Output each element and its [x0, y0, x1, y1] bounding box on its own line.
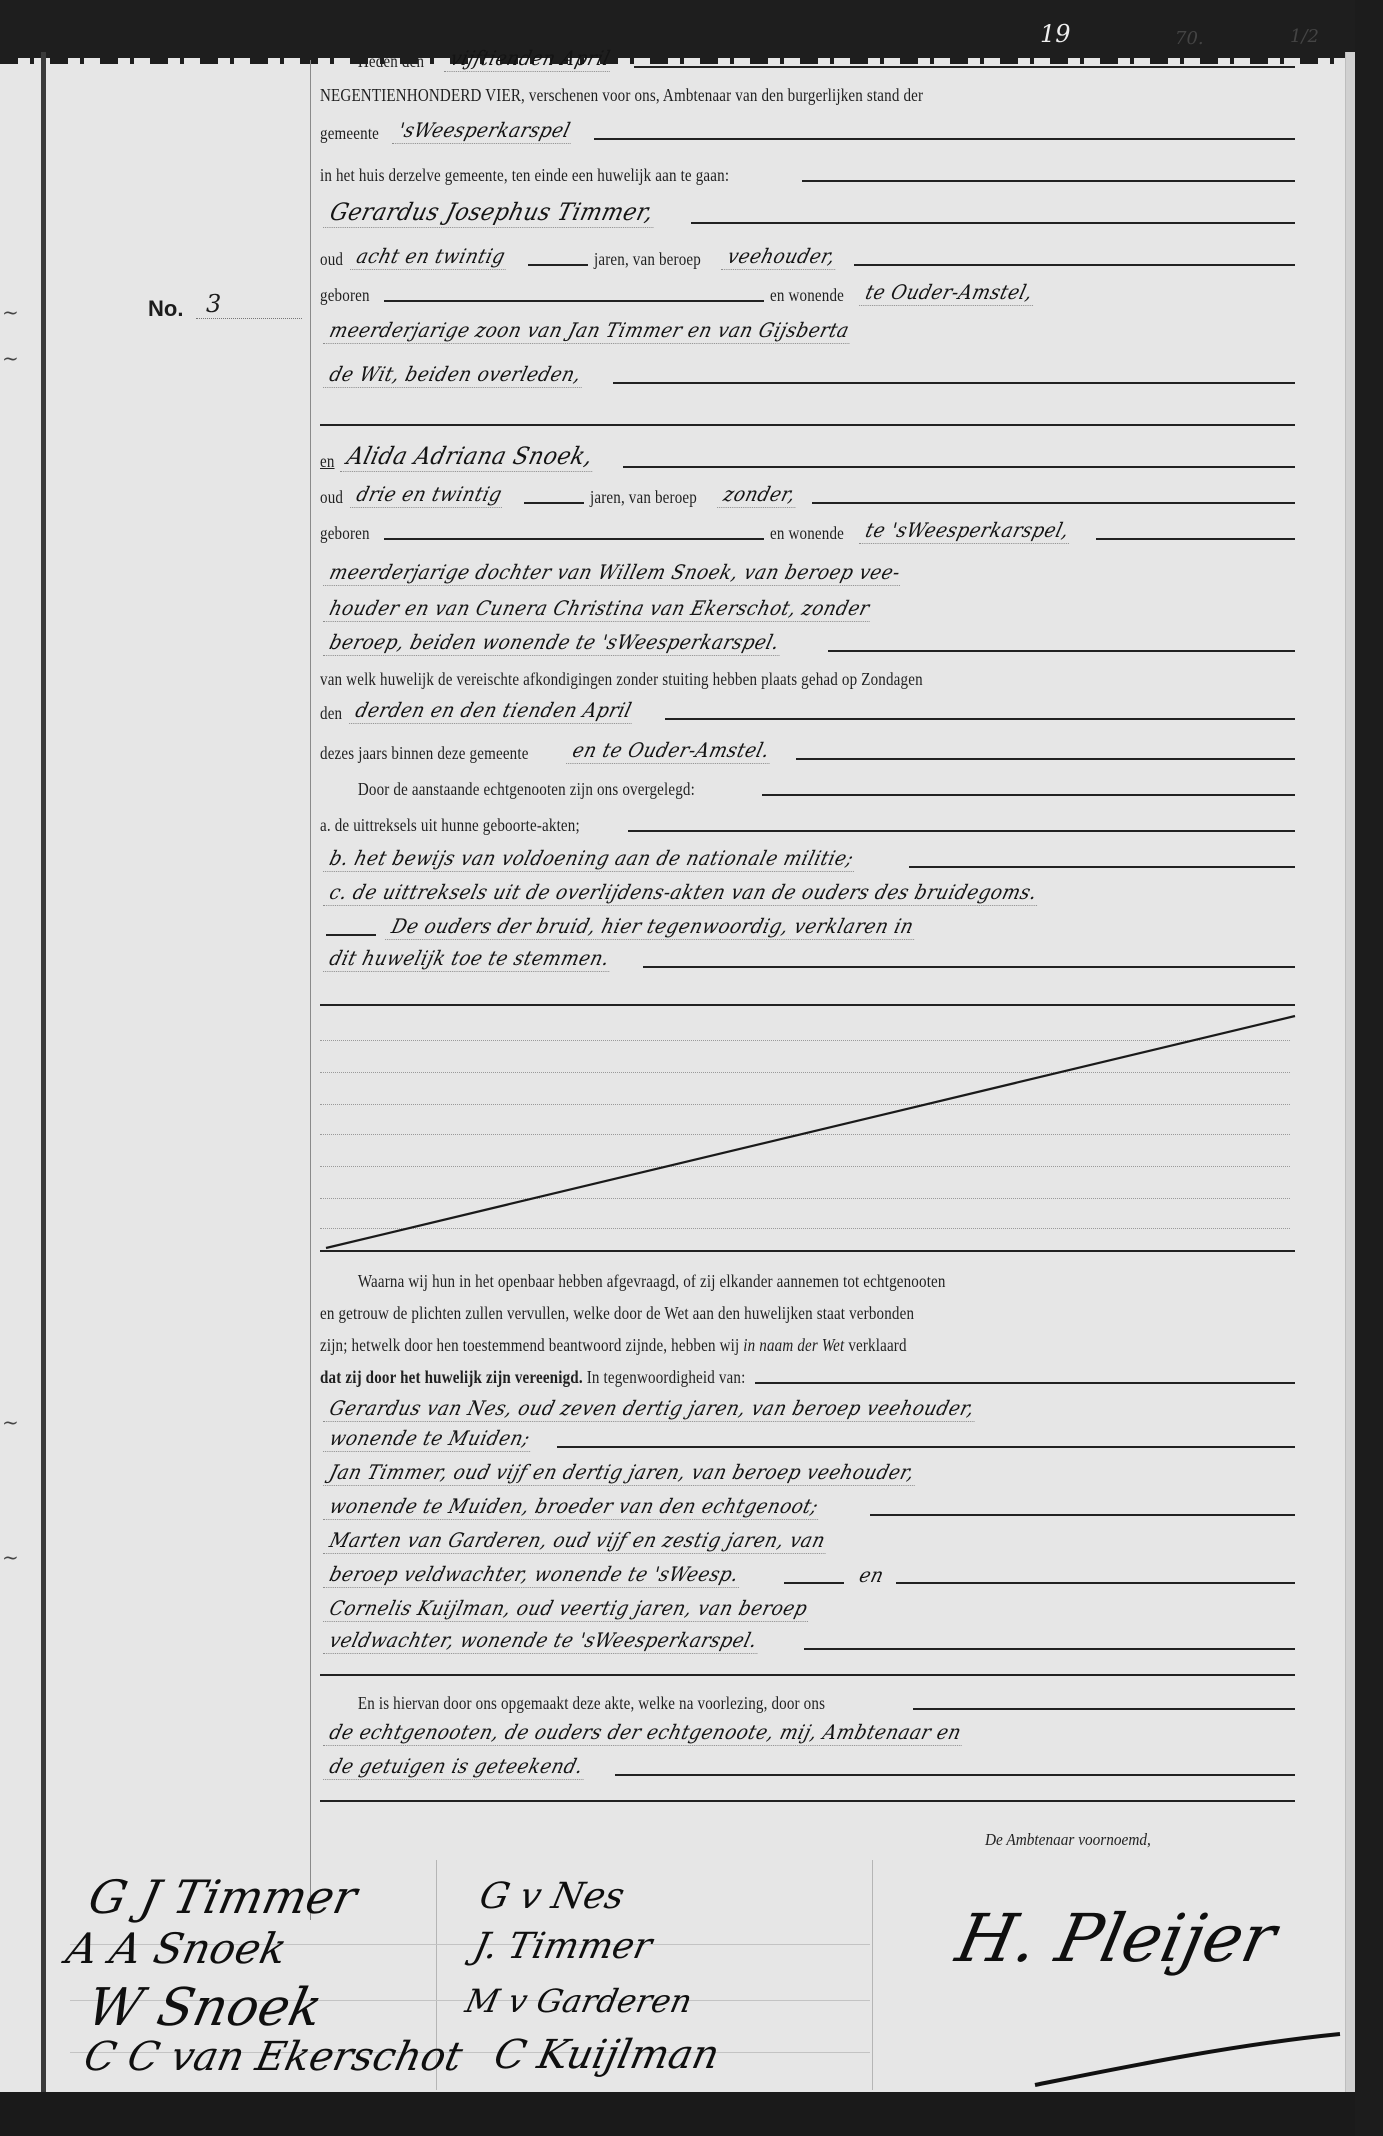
margin-mark: ~: [2, 1410, 19, 1434]
fill-line: [784, 1582, 844, 1584]
binding-margin-line: [41, 52, 46, 2092]
witness-text: Gerardus van Nes, oud zeven dertig jaren…: [323, 1396, 981, 1422]
printed-text: oud: [320, 249, 343, 270]
signature-witness-1: G v Nes: [476, 1876, 628, 1917]
handwritten-consent: dit huwelijk toe te stemmen.: [323, 946, 616, 972]
groom-parents: de Wit, beiden overleden,: [323, 362, 588, 388]
bride-residence: te 'sWeesperkarspel,: [859, 518, 1076, 544]
documents-intro-line: Door de aanstaande echtgenooten zijn ons…: [320, 770, 1295, 800]
margin-mark: ~: [2, 1545, 19, 1569]
handwritten-document: c. de uittreksels uit de overlijdens-akt…: [323, 880, 1044, 906]
section-rule: [320, 1800, 1295, 1802]
printed-text: en wonende: [770, 285, 844, 306]
italic-text: in naam der Wet: [743, 1335, 844, 1355]
fill-line: [796, 758, 1295, 760]
bride-age-line: oud drie en twintig jaren, van beroep zo…: [320, 478, 1295, 508]
fill-line: [913, 1708, 1295, 1710]
strike-through-diagonal: [320, 1008, 1300, 1252]
printed-text: En is hiervan door ons opgemaakt deze ak…: [320, 1693, 825, 1714]
witness-line: wonende te Muiden, broeder van den echtg…: [320, 1490, 1295, 1520]
declaration-line: Waarna wij hun in het openbaar hebben af…: [320, 1262, 1295, 1292]
section-rule: [320, 1250, 1295, 1252]
witness-line: Jan Timmer, oud vijf en dertig jaren, va…: [320, 1456, 1295, 1486]
margin-mark: ~: [2, 346, 19, 370]
bride-name: Alida Adriana Snoek,: [340, 442, 600, 472]
signature-flourish: [1030, 2030, 1350, 2090]
proclamation-line: van welk huwelijk de vereischte afkondig…: [320, 660, 1295, 690]
fill-line: [524, 502, 584, 504]
fill-line: [643, 966, 1295, 968]
bride-birth-line: geboren en wonende te 'sWeesperkarspel,: [320, 514, 1295, 544]
handwritten-document: b. het bewijs van voldoening aan de nati…: [323, 846, 860, 872]
blank-rule: [320, 424, 1295, 426]
fill-line: [528, 264, 588, 266]
act-number-label: No.: [148, 296, 183, 322]
printed-text: en getrouw de plichten zullen vervullen,…: [320, 1303, 914, 1324]
groom-parents-line: meerderjarige zoon van Jan Timmer en van…: [320, 314, 1295, 344]
signature-official: H. Pleijer: [950, 1900, 1283, 1977]
printed-text: geboren: [320, 285, 370, 306]
groom-age-line: oud acht en twintig jaren, van beroep ve…: [320, 240, 1295, 270]
scan-bottom-border: [0, 2092, 1383, 2136]
closing-line: En is hiervan door ons opgemaakt deze ak…: [320, 1684, 1295, 1714]
header-line-date: Heden den vijftienden April: [320, 42, 1295, 72]
fill-line: [802, 180, 1295, 182]
fill-line: [326, 934, 376, 936]
bride-parents: meerderjarige dochter van Willem Snoek, …: [323, 560, 907, 586]
proclamation-dates-line: den derden en den tienden April: [320, 694, 1295, 724]
fill-line: [804, 1648, 1295, 1650]
printed-text: jaren, van beroep: [590, 487, 697, 508]
proclamation-place-line: dezes jaars binnen deze gemeente en te O…: [320, 734, 1295, 764]
documents-e-line: dit huwelijk toe te stemmen.: [320, 942, 1295, 972]
printed-text: jaren, van beroep: [594, 249, 701, 270]
printed-text: in het huis derzelve gemeente, ten einde…: [320, 165, 729, 186]
fill-line: [812, 502, 1295, 504]
printed-text: zijn; hetwelk door hen toestemmend beant…: [320, 1335, 907, 1356]
witness-text: wonende te Muiden, broeder van den echtg…: [323, 1494, 825, 1520]
groom-name: Gerardus Josephus Timmer,: [323, 198, 660, 228]
handwritten-consent: De ouders der bruid, hier tegenwoordig, …: [385, 914, 920, 940]
signature-groom: G J Timmer: [84, 1870, 362, 1924]
bride-parents-line: houder en van Cunera Christina van Ekers…: [320, 592, 1295, 622]
groom-parents-line: de Wit, beiden overleden,: [320, 358, 1295, 388]
proclamation-dates: derden en den tienden April: [349, 698, 638, 724]
closing-line: de echtgenooten, de ouders der echtgenoo…: [320, 1716, 1295, 1746]
fill-line: [384, 300, 764, 302]
act-number-value: 3: [196, 290, 302, 319]
header-line-municipality: gemeente 'sWeesperkarspel: [320, 114, 1295, 144]
witness-text: Jan Timmer, oud vijf en dertig jaren, va…: [323, 1460, 921, 1486]
section-rule: [320, 1674, 1295, 1676]
fill-line: [665, 718, 1295, 720]
fill-line: [634, 66, 1295, 68]
bride-parents: houder en van Cunera Christina van Ekers…: [323, 596, 876, 622]
printed-text: In tegenwoordigheid van:: [587, 1367, 746, 1387]
witness-line: Marten van Garderen, oud vijf en zestig …: [320, 1524, 1295, 1554]
witness-text: Marten van Garderen, oud vijf en zestig …: [323, 1528, 832, 1554]
fill-line: [628, 830, 1295, 832]
fill-line: [557, 1446, 1295, 1448]
fill-line: [691, 222, 1295, 224]
declaration-line: zijn; hetwelk door hen toestemmend beant…: [320, 1326, 1295, 1356]
witness-connector: en: [853, 1563, 890, 1588]
printed-text: zijn; hetwelk door hen toestemmend beant…: [320, 1335, 739, 1355]
documents-a-line: a. de uittreksels uit hunne geboorte-akt…: [320, 806, 1295, 836]
fill-line: [896, 1582, 1295, 1584]
signature-witness-2: J. Timmer: [470, 1926, 656, 1967]
printed-text: en: [320, 451, 335, 472]
witness-line: Cornelis Kuijlman, oud veertig jaren, va…: [320, 1592, 1295, 1622]
witness-line: veldwachter, wonende te 'sWeesperkarspel…: [320, 1624, 1295, 1654]
fill-line: [828, 650, 1295, 652]
bold-text: dat zij door het huwelijk zijn vereenigd…: [320, 1367, 583, 1387]
fill-line: [623, 466, 1295, 468]
printed-text: dat zij door het huwelijk zijn vereenigd…: [320, 1367, 745, 1388]
groom-occupation: veehouder,: [721, 244, 842, 270]
signature-witness-4: C Kuijlman: [490, 2032, 723, 2078]
fill-line: [762, 794, 1295, 796]
fill-line: [615, 1774, 1295, 1776]
groom-name-line: Gerardus Josephus Timmer,: [320, 198, 1295, 228]
witness-line: wonende te Muiden;: [320, 1422, 1295, 1452]
witness-text: Cornelis Kuijlman, oud veertig jaren, va…: [323, 1596, 814, 1622]
bride-occupation: zonder,: [717, 482, 802, 508]
closing-signers: de echtgenooten, de ouders der echtgenoo…: [323, 1720, 968, 1746]
witness-text: veldwachter, wonende te 'sWeesperkarspel…: [323, 1628, 764, 1654]
documents-d-line: De ouders der bruid, hier tegenwoordig, …: [320, 910, 1295, 940]
closing-signers: de getuigen is geteekend.: [323, 1754, 590, 1780]
fill-line: [755, 1382, 1295, 1384]
header-line-year: NEGENTIENHONDERD VIER, verschenen voor o…: [320, 76, 1295, 106]
fill-line: [854, 264, 1295, 266]
groom-birth-line: geboren en wonende te Ouder-Amstel,: [320, 276, 1295, 306]
fill-line: [909, 866, 1295, 868]
section-rule: [320, 1004, 1295, 1006]
witness-text: beroep veldwachter, wonende te 'sWeesp.: [323, 1562, 745, 1588]
documents-c-line: c. de uittreksels uit de overlijdens-akt…: [320, 876, 1295, 906]
printed-text: den: [320, 703, 342, 724]
bride-age: drie en twintig: [350, 482, 508, 508]
signature-mother: C C van Ekerschot: [80, 2034, 466, 2080]
witness-text: wonende te Muiden;: [323, 1426, 536, 1452]
closing-line: de getuigen is geteekend.: [320, 1750, 1295, 1780]
bride-parents-line: beroep, beiden wonende te 'sWeesperkarsp…: [320, 626, 1295, 656]
signature-divider: [872, 1860, 873, 2090]
printed-text: van welk huwelijk de vereischte afkondig…: [320, 669, 923, 690]
printed-text: NEGENTIENHONDERD VIER, verschenen voor o…: [320, 85, 923, 106]
fill-line: [1096, 538, 1295, 540]
printed-text: a. de uittreksels uit hunne geboorte-akt…: [320, 815, 580, 836]
form-column-rule: [310, 60, 311, 1920]
declaration-line: dat zij door het huwelijk zijn vereenigd…: [320, 1358, 1295, 1388]
header-line-purpose: in het huis derzelve gemeente, ten einde…: [320, 156, 1295, 186]
signature-witness-3: M v Garderen: [462, 1982, 695, 2020]
printed-text: Waarna wij hun in het openbaar hebben af…: [320, 1271, 946, 1292]
bride-parents-line: meerderjarige dochter van Willem Snoek, …: [320, 556, 1295, 586]
fill-line: [594, 138, 1295, 140]
printed-text: verklaard: [848, 1335, 906, 1355]
scan-right-border: [1355, 0, 1383, 2136]
fill-line: [870, 1514, 1295, 1516]
printed-text: Heden den: [320, 51, 424, 72]
bride-parents: beroep, beiden wonende te 'sWeesperkarsp…: [323, 630, 786, 656]
fill-line: [613, 382, 1295, 384]
witness-line: Gerardus van Nes, oud zeven dertig jaren…: [320, 1392, 1295, 1422]
handwritten-date: vijftienden April: [444, 46, 616, 72]
groom-residence: te Ouder-Amstel,: [859, 280, 1039, 306]
declaration-line: en getrouw de plichten zullen vervullen,…: [320, 1294, 1295, 1324]
handwritten-municipality: 'sWeesperkarspel: [392, 118, 577, 144]
signature-bride: A A Snoek: [62, 1924, 291, 1973]
printed-text: gemeente: [320, 123, 379, 144]
printed-text: dezes jaars binnen deze gemeente: [320, 743, 529, 764]
printed-text: Door de aanstaande echtgenooten zijn ons…: [320, 779, 695, 800]
groom-age: acht en twintig: [350, 244, 512, 270]
witness-line: beroep veldwachter, wonende te 'sWeesp. …: [320, 1558, 1295, 1588]
fill-line: [384, 538, 764, 540]
signature-father: W Snoek: [82, 1978, 327, 2038]
proclamation-places: en te Ouder-Amstel.: [566, 738, 776, 764]
printed-text: geboren: [320, 523, 370, 544]
documents-b-line: b. het bewijs van voldoening aan de nati…: [320, 842, 1295, 872]
groom-parents: meerderjarige zoon van Jan Timmer en van…: [323, 318, 856, 344]
printed-text: oud: [320, 487, 343, 508]
bride-name-line: en Alida Adriana Snoek,: [320, 442, 1295, 472]
official-label: De Ambtenaar voornoemd,: [985, 1830, 1151, 1850]
margin-mark: ~: [2, 300, 19, 324]
printed-text: en wonende: [770, 523, 844, 544]
